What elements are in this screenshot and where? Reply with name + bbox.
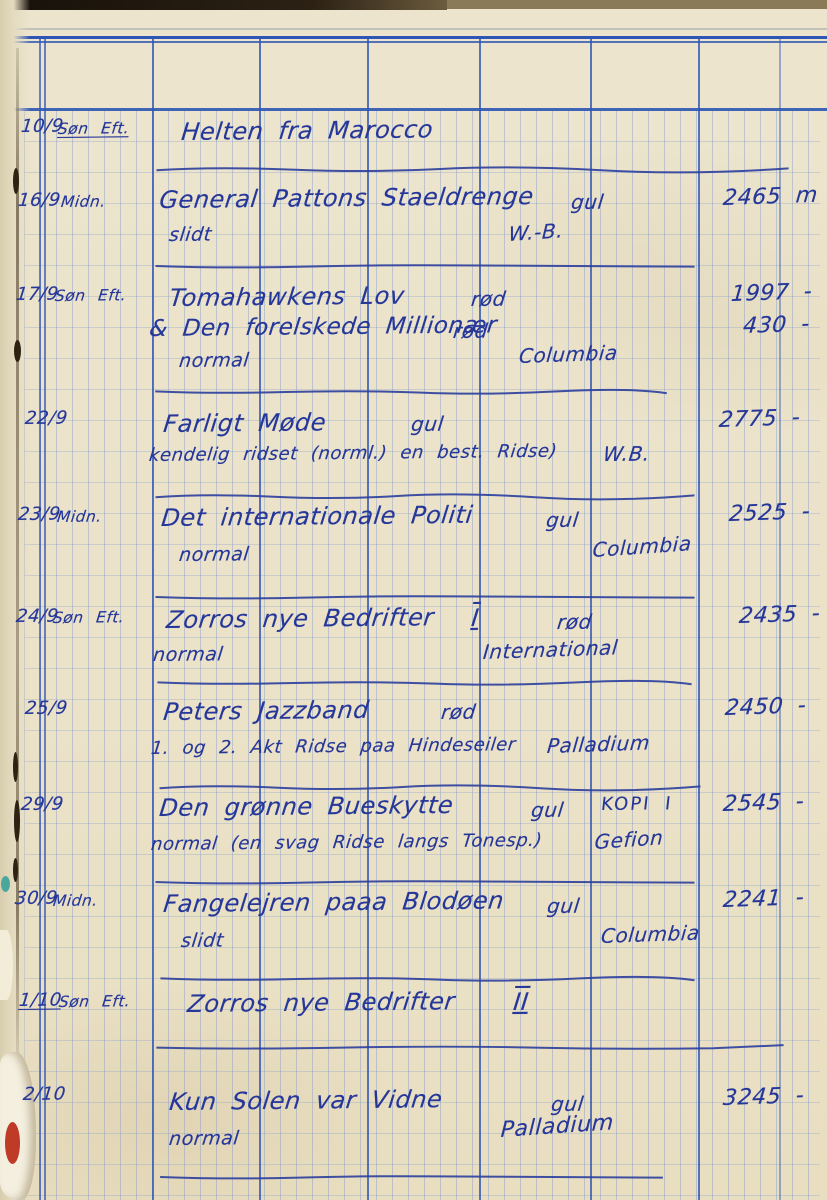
torn-paper-patch bbox=[0, 930, 13, 1000]
row-separator bbox=[150, 387, 672, 397]
page-underlay-line bbox=[0, 28, 827, 30]
ink-blot bbox=[14, 800, 20, 842]
row-separator bbox=[150, 261, 700, 271]
condition-note: normal bbox=[178, 543, 250, 566]
condition-note: slidt bbox=[168, 224, 213, 246]
entry-session: Søn Eft. bbox=[54, 286, 127, 305]
film-title: General Pattons Staeldrenge bbox=[158, 182, 535, 214]
color-code: rød bbox=[440, 700, 477, 724]
color-code: gul bbox=[545, 508, 580, 532]
film-title: Zorros nye Bedrifter bbox=[186, 987, 456, 1018]
rental-amount: 1997 - bbox=[730, 279, 813, 307]
rental-amount: 3245 - bbox=[722, 1083, 805, 1111]
entry-session: Midn. bbox=[56, 508, 103, 526]
ledger-page: 10/9 Søn Eft. Helten fra Marocco 16/9 Mi… bbox=[0, 0, 827, 1200]
color-code: rød bbox=[470, 287, 507, 311]
film-title: Tomahawkens Lov bbox=[168, 282, 406, 312]
condition-note: normal (en svag Ridse langs Tonesp.) bbox=[150, 830, 543, 855]
condition-note: normal bbox=[168, 1127, 240, 1150]
color-code: gul bbox=[570, 190, 605, 214]
entry-date: 23/9 bbox=[17, 504, 62, 525]
rental-amount: 2545 - bbox=[722, 789, 805, 817]
column-rule-1 bbox=[152, 37, 154, 1200]
film-title: Peters Jazzband bbox=[162, 696, 371, 726]
entry-date: 16/9 bbox=[17, 190, 62, 211]
row-separator bbox=[150, 592, 700, 602]
copy-number: KOPI I bbox=[600, 793, 674, 815]
distributor: W.-B. bbox=[508, 218, 564, 246]
entry-date: 29/9 bbox=[20, 794, 65, 815]
distributor: Columbia bbox=[518, 341, 619, 368]
film-title: Det internationale Politi bbox=[160, 501, 474, 532]
film-title: Den grønne Bueskytte bbox=[158, 791, 455, 822]
ink-blot bbox=[13, 168, 19, 194]
row-separator bbox=[155, 974, 700, 984]
row-separator bbox=[155, 1172, 668, 1182]
teal-stain bbox=[1, 876, 10, 892]
rental-amount: 2525 - bbox=[728, 499, 811, 527]
color-code: rød bbox=[452, 319, 489, 343]
film-title: Kun Solen var Vidne bbox=[168, 1085, 444, 1116]
film-numeral: II bbox=[510, 988, 532, 1016]
entry-session: Søn Eft. bbox=[58, 992, 131, 1011]
film-title-2: & Den forelskede Millionær bbox=[148, 312, 498, 342]
distributor: W.B. bbox=[602, 442, 651, 466]
rental-amount: 2450 - bbox=[724, 693, 807, 721]
color-code: gul bbox=[410, 412, 445, 436]
color-code: rød bbox=[556, 610, 593, 634]
ink-blot bbox=[13, 858, 18, 882]
condition-note: normal bbox=[178, 349, 250, 372]
row-separator bbox=[150, 164, 795, 174]
condition-note: kendelig ridset (norml.) en best. Ridse) bbox=[148, 441, 558, 466]
row-separator bbox=[150, 877, 700, 887]
ink-blot bbox=[14, 340, 21, 362]
entry-session: Midn. bbox=[60, 193, 107, 211]
entry-date: 2/10 bbox=[22, 1084, 67, 1105]
rental-amount: 2435 - bbox=[738, 601, 821, 629]
rental-amount-2: 430 - bbox=[742, 312, 811, 339]
graph-paper-grid bbox=[24, 110, 820, 1200]
entry-date: 1/10 bbox=[18, 990, 63, 1011]
column-rule-6 bbox=[698, 37, 700, 1200]
color-code: gul bbox=[546, 894, 581, 918]
entry-session: Søn Eft. bbox=[52, 608, 125, 627]
distributor: Gefion bbox=[594, 825, 664, 854]
film-length: 2465 m bbox=[722, 183, 819, 211]
condition-note: slidt bbox=[180, 930, 225, 952]
distributor: Palladium bbox=[546, 730, 651, 758]
entry-date: 25/9 bbox=[24, 698, 69, 719]
entry-session: Søn Eft. bbox=[57, 119, 130, 138]
condition-note: 1. og 2. Akt Ridse paa Hindeseiler bbox=[150, 734, 517, 759]
row-separator bbox=[150, 1042, 790, 1052]
film-title: Helten fra Marocco bbox=[180, 115, 435, 146]
red-stain bbox=[5, 1122, 20, 1164]
distributor: Columbia bbox=[600, 921, 701, 948]
rental-amount: 2775 - bbox=[718, 405, 801, 433]
distributor: International bbox=[482, 635, 619, 664]
header-top-rule bbox=[0, 36, 827, 39]
film-title: Fangelejren paaa Blodøen bbox=[162, 886, 506, 918]
film-title: Farligt Møde bbox=[162, 408, 328, 438]
header-top-rule-2 bbox=[0, 41, 827, 43]
header-bottom-rule bbox=[0, 108, 827, 111]
condition-note: normal bbox=[152, 643, 224, 666]
entry-session: Midn. bbox=[52, 892, 99, 910]
entry-date: 17/9 bbox=[15, 284, 60, 305]
entry-date: 22/9 bbox=[24, 408, 69, 429]
top-edge-dark bbox=[0, 0, 447, 10]
film-title: Zorros nye Bedrifter bbox=[165, 603, 435, 634]
color-code: gul bbox=[530, 798, 565, 822]
ink-blot bbox=[13, 752, 18, 782]
row-separator bbox=[152, 678, 697, 688]
row-separator bbox=[150, 491, 700, 501]
rental-amount: 2241 - bbox=[722, 885, 805, 913]
